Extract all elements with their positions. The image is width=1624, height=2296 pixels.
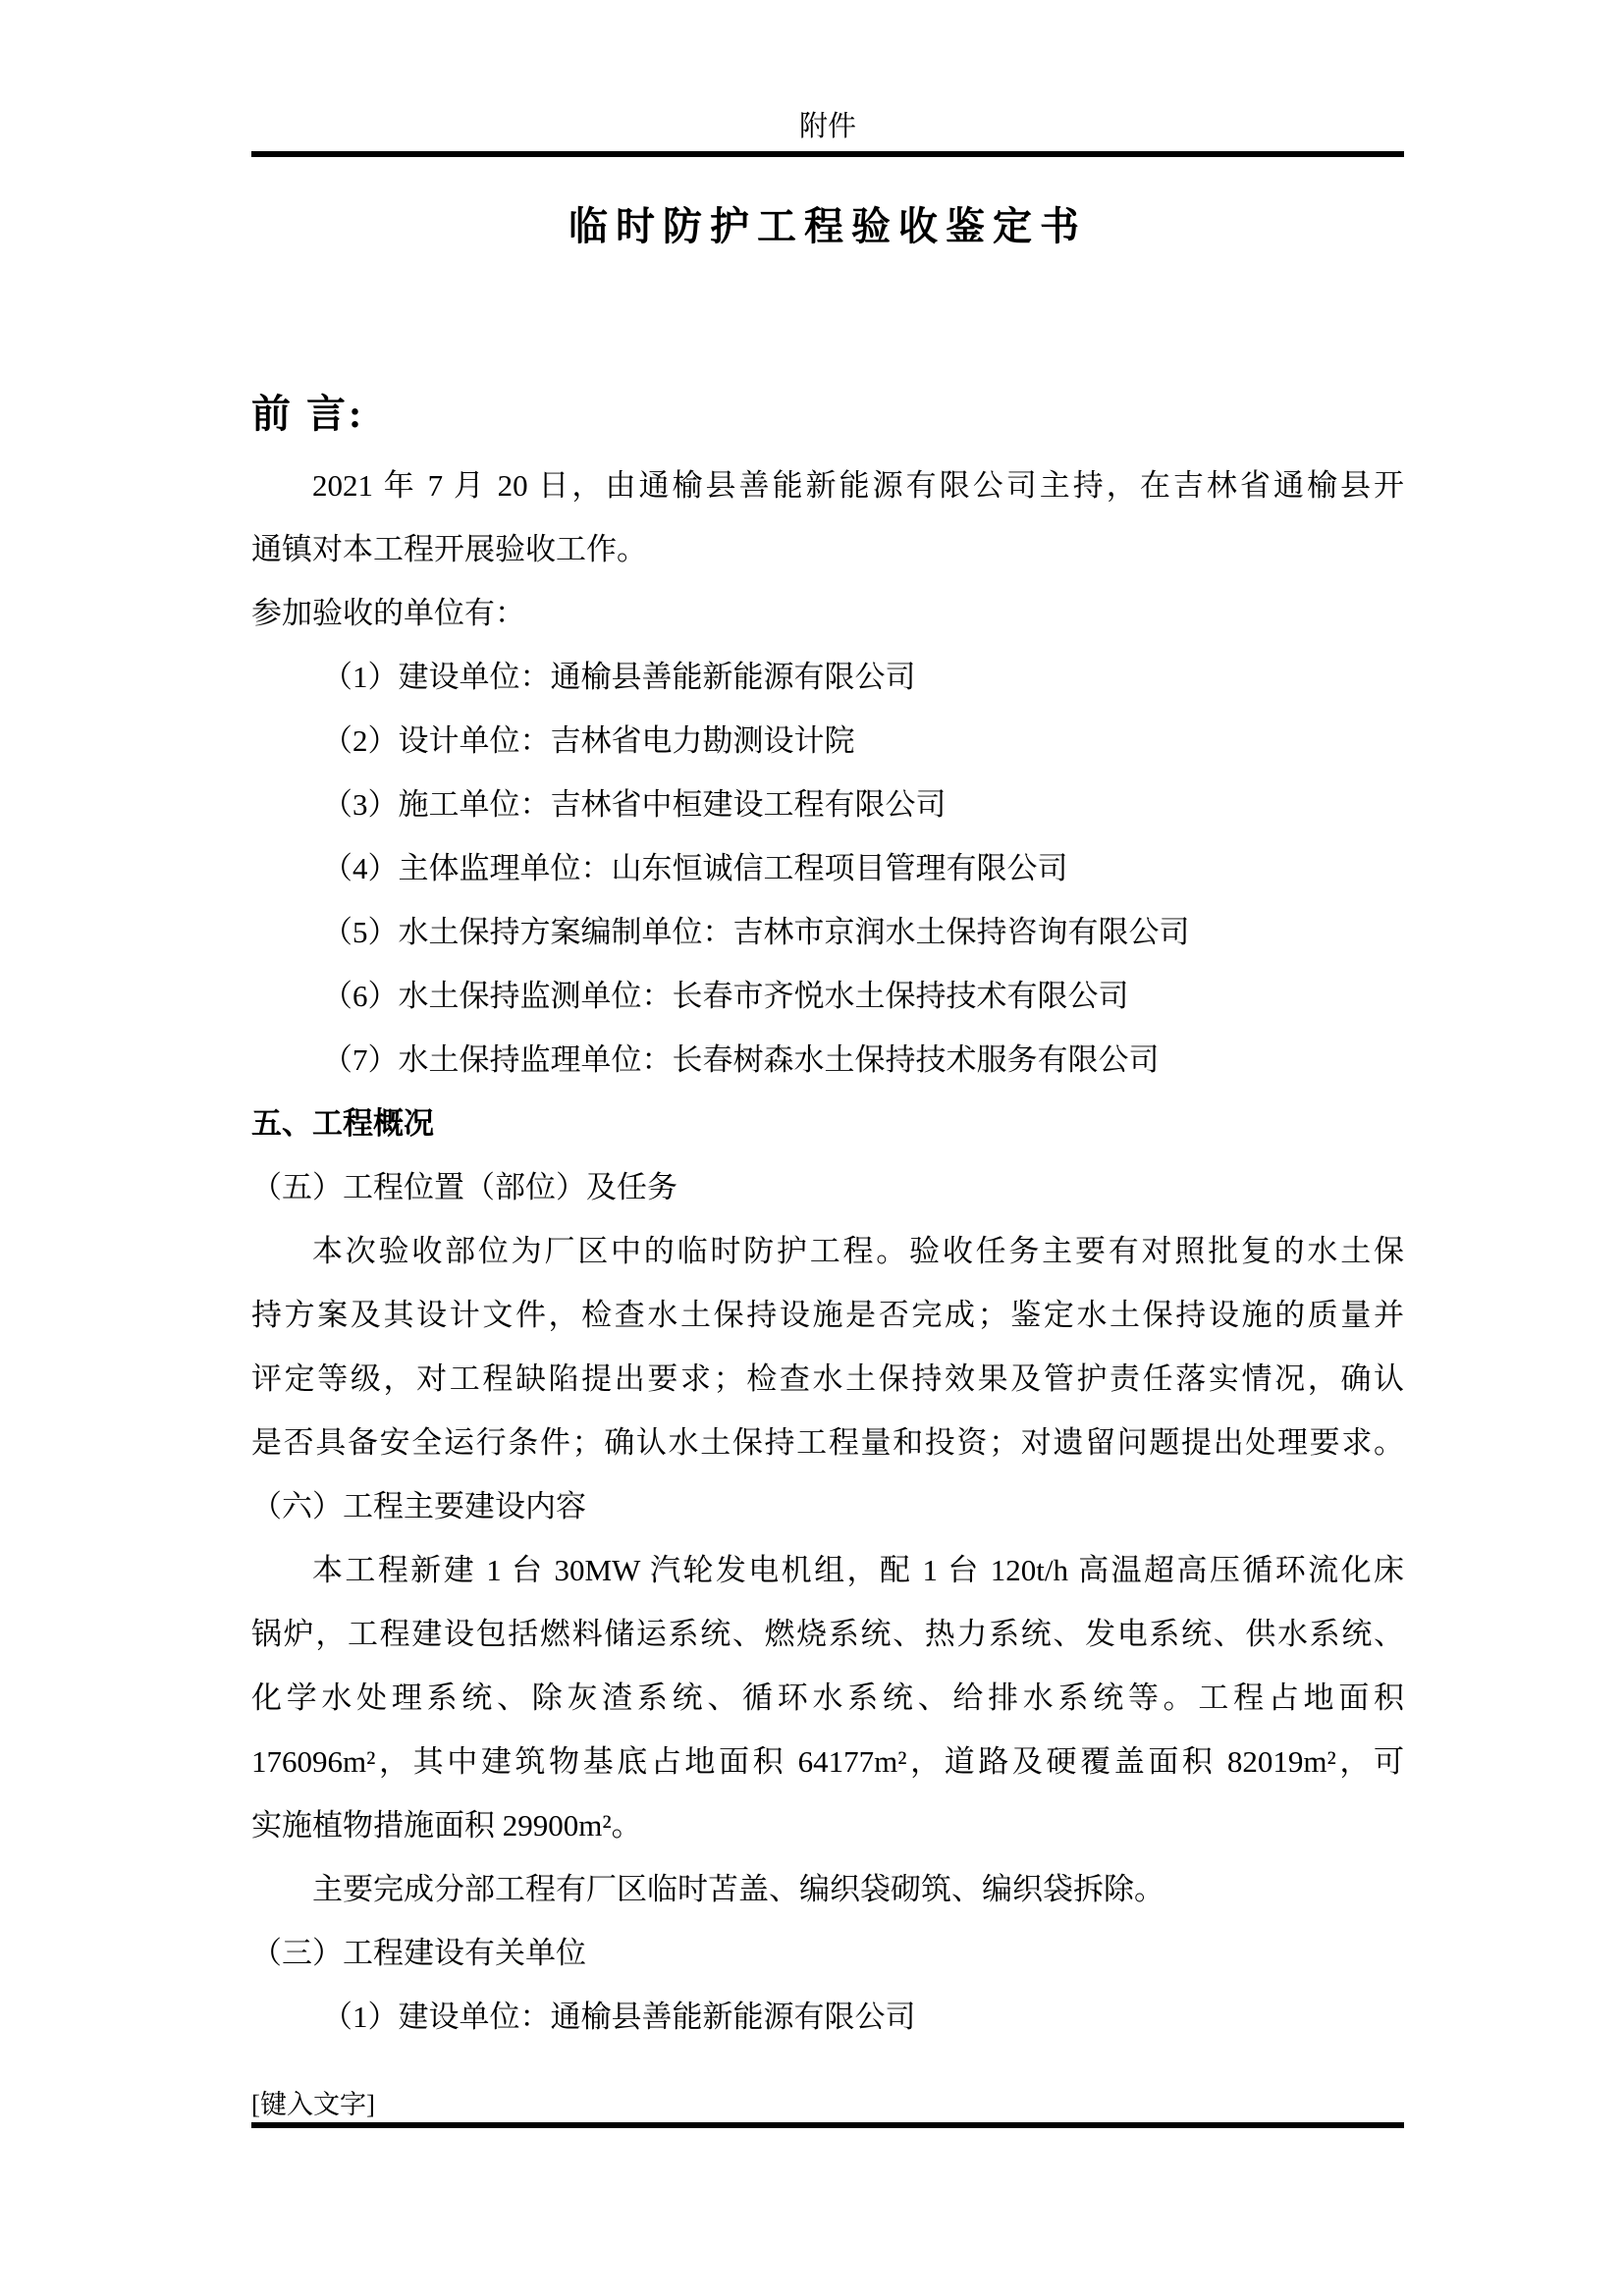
sub-location-line: 持方案及其设计文件，检查水土保持设施是否完成；鉴定水土保持设施的质量并 [251, 1283, 1404, 1347]
document-page: 附件 临时防护工程验收鉴定书 前 言: 2021 年 7 月 20 日，由通榆县… [0, 0, 1624, 2296]
sub-units-heading: （三）工程建设有关单位 [251, 1921, 1404, 1985]
sub-units-item-1: （1）建设单位：通榆县善能新能源有限公司 [251, 1985, 1404, 2049]
unit-item-7: （7）水土保持监理单位：长春树森水土保持技术服务有限公司 [251, 1028, 1404, 1092]
document-title: 临时防护工程验收鉴定书 [251, 202, 1404, 251]
sub-content-line: 176096m²，其中建筑物基底占地面积 64177m²，道路及硬覆盖面积 82… [251, 1730, 1404, 1793]
page-footer: [键入文字] [251, 2087, 1404, 2128]
sub-content-paragraph2: 主要完成分部工程有厂区临时苫盖、编织袋砌筑、编织袋拆除。 [251, 1857, 1404, 1921]
document-content: 附件 临时防护工程验收鉴定书 前 言: 2021 年 7 月 20 日，由通榆县… [251, 0, 1404, 2049]
unit-item-1: （1）建设单位：通榆县善能新能源有限公司 [251, 645, 1404, 709]
sub-content-heading: （六）工程主要建设内容 [251, 1474, 1404, 1538]
participants-intro: 参加验收的单位有： [251, 581, 1404, 645]
unit-item-3: （3）施工单位：吉林省中桓建设工程有限公司 [251, 773, 1404, 836]
sub-location-line: 是否具备安全运行条件；确认水土保持工程量和投资；对遗留问题提出处理要求。 [251, 1411, 1404, 1474]
attachment-label: 附件 [251, 110, 1404, 143]
sub-content-line: 本工程新建 1 台 30MW 汽轮发电机组，配 1 台 120t/h 高温超高压… [251, 1538, 1404, 1602]
header-divider [251, 151, 1404, 157]
sub-content-line: 锅炉，工程建设包括燃料储运系统、燃烧系统、热力系统、发电系统、供水系统、 [251, 1602, 1404, 1666]
section-heading: 五、工程概况 [251, 1092, 1404, 1155]
preface-paragraph-line: 2021 年 7 月 20 日，由通榆县善能新能源有限公司主持，在吉林省通榆县开 [251, 454, 1404, 517]
sub-content-line: 实施植物措施面积 29900m²。 [251, 1793, 1404, 1857]
document-body: 2021 年 7 月 20 日，由通榆县善能新能源有限公司主持，在吉林省通榆县开… [251, 454, 1404, 2049]
preface-paragraph-line: 通镇对本工程开展验收工作。 [251, 517, 1404, 581]
sub-location-line: 评定等级，对工程缺陷提出要求；检查水土保持效果及管护责任落实情况，确认 [251, 1347, 1404, 1411]
unit-item-4: （4）主体监理单位：山东恒诚信工程项目管理有限公司 [251, 836, 1404, 900]
unit-item-2: （2）设计单位：吉林省电力勘测设计院 [251, 709, 1404, 773]
sub-content-line: 化学水处理系统、除灰渣系统、循环水系统、给排水系统等。工程占地面积 [251, 1666, 1404, 1730]
unit-item-5: （5）水土保持方案编制单位：吉林市京润水土保持咨询有限公司 [251, 900, 1404, 964]
sub-location-heading: （五）工程位置（部位）及任务 [251, 1155, 1404, 1219]
unit-item-6: （6）水土保持监测单位：长春市齐悦水土保持技术有限公司 [251, 964, 1404, 1028]
sub-location-line: 本次验收部位为厂区中的临时防护工程。验收任务主要有对照批复的水土保 [251, 1219, 1404, 1283]
footer-placeholder-text: [键入文字] [251, 2087, 1404, 2122]
preface-heading: 前 言: [251, 391, 1404, 438]
footer-divider [251, 2122, 1404, 2128]
